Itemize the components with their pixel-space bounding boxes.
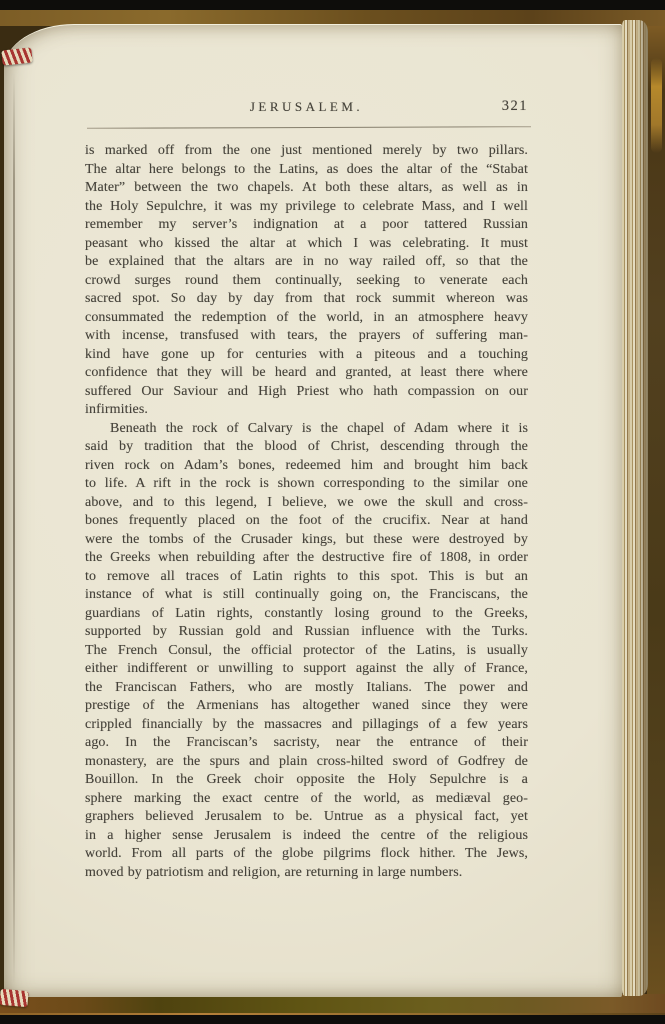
running-header-title: JERUSALEM. xyxy=(85,99,528,115)
text-line: riven rock on Adam’s bones, redeemed him… xyxy=(85,457,528,476)
text-line: monastery, are the spurs and plain cross… xyxy=(85,753,528,772)
text-line: consummated the redemption of the world,… xyxy=(85,309,528,328)
text-line: either indifferent or unwilling to suppo… xyxy=(85,660,528,679)
header-rule xyxy=(87,126,531,129)
text-line: the Holy Sepulchre, it was my privilege … xyxy=(85,198,528,217)
body-text: is marked off from the one just mentione… xyxy=(85,142,528,882)
text-line: Bouillon. In the Greek choir opposite th… xyxy=(85,771,528,790)
text-line: kind have gone up for centuries with a p… xyxy=(85,346,528,365)
headband-bottom xyxy=(0,989,29,1007)
text-line: to remove all traces of Latin rights to … xyxy=(85,568,528,587)
page-edge-stack xyxy=(622,20,648,996)
text-line: ago. In the Franciscan’s sacristy, near … xyxy=(85,734,528,753)
text-line: the Franciscan Fathers, who are mostly I… xyxy=(85,679,528,698)
text-line: to life. A rift in the rock is shown cor… xyxy=(85,475,528,494)
text-line: be explained that the altars are in no w… xyxy=(85,253,528,272)
text-line: sacred spot. So day by day from that roc… xyxy=(85,290,528,309)
text-line: prestige of the Armenians has altogether… xyxy=(85,697,528,716)
text-line: instance of what is still continually go… xyxy=(85,586,528,605)
scanned-page-photo: JERUSALEM. 321 is marked off from the on… xyxy=(0,0,665,1024)
text-line: confidence that they will be heard and g… xyxy=(85,364,528,383)
text-line: peasant who kissed the altar at which I … xyxy=(85,235,528,254)
headband-top xyxy=(1,47,32,65)
text-line: moved by patriotism and religion, are re… xyxy=(85,864,528,883)
text-line: The altar here belongs to the Latins, as… xyxy=(85,161,528,180)
text-line: The French Consul, the official protecto… xyxy=(85,642,528,661)
cover-stain xyxy=(651,58,662,153)
text-line: remember my server’s indignation at a po… xyxy=(85,216,528,235)
text-line: crowd surges round them continually, see… xyxy=(85,272,528,291)
text-line: were the tombs of the Crusader kings, bu… xyxy=(85,531,528,550)
running-header: JERUSALEM. 321 xyxy=(85,99,528,119)
text-line: crippled financially by the massacres an… xyxy=(85,716,528,735)
paragraph: is marked off from the one just mentione… xyxy=(85,142,528,420)
text-line: in a higher sense Jerusalem is indeed th… xyxy=(85,827,528,846)
text-line: with incense, transfused with tears, the… xyxy=(85,327,528,346)
text-line: is marked off from the one just mentione… xyxy=(85,142,528,161)
book-page: JERUSALEM. 321 is marked off from the on… xyxy=(4,24,622,997)
gutter-crease xyxy=(13,73,15,985)
page-number: 321 xyxy=(502,98,528,115)
text-line: bones frequently placed on the foot of t… xyxy=(85,512,528,531)
text-line: Beneath the rock of Calvary is the chape… xyxy=(85,420,528,439)
text-line: world. From all parts of the globe pilgr… xyxy=(85,845,528,864)
text-line: infirmities. xyxy=(85,401,528,420)
text-line: sphere marking the exact centre of the w… xyxy=(85,790,528,809)
text-line: said by tradition that the blood of Chri… xyxy=(85,438,528,457)
text-line: the Greeks when rebuilding after the des… xyxy=(85,549,528,568)
text-line: guardians of Latin rights, constantly lo… xyxy=(85,605,528,624)
text-line: graphers believed Jerusalem to be. Untru… xyxy=(85,808,528,827)
text-line: above, and to this legend, I believe, we… xyxy=(85,494,528,513)
text-line: supported by Russian gold and Russian in… xyxy=(85,623,528,642)
paragraph: Beneath the rock of Calvary is the chape… xyxy=(85,420,528,883)
text-line: suffered Our Saviour and High Priest who… xyxy=(85,383,528,402)
text-line: Mater” between the two chapels. At both … xyxy=(85,179,528,198)
